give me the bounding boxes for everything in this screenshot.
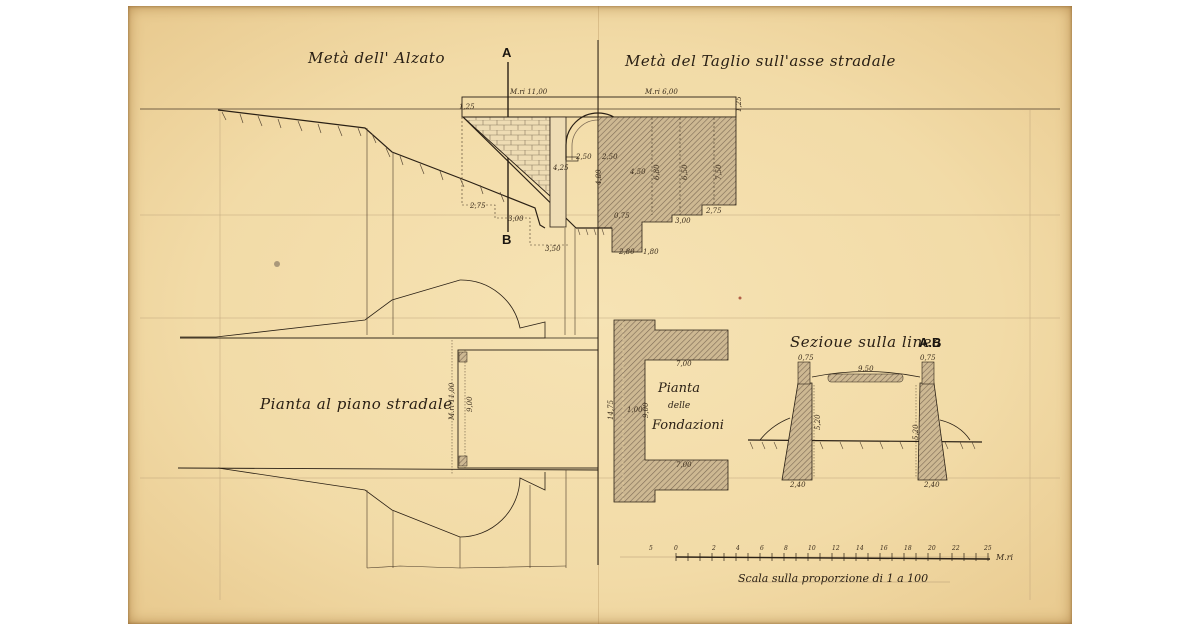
section-marker-a: A <box>502 45 511 60</box>
dim-plan-outer: M.ri 11,00 <box>448 383 456 420</box>
title-scale: Scala sulla proporzione di 1 a 100 <box>738 572 928 585</box>
technical-drawing <box>0 0 1200 628</box>
dim-step-left-3: 3,50 <box>545 245 561 253</box>
dim-found-side: 14,75 <box>607 400 615 420</box>
title-foundation-plan-2: delle <box>668 401 690 411</box>
scale-tick: 18 <box>904 545 912 552</box>
scale-tick: 14 <box>856 545 864 552</box>
dim-step-left-2: 3,00 <box>508 215 524 223</box>
scale-tick: 4 <box>736 545 740 552</box>
dim-elevation-width: M.ri 11,00 <box>510 88 547 96</box>
dim-arch-right: 2,50 <box>602 153 618 161</box>
dim-found-top: 7,00 <box>676 360 692 368</box>
scale-tick: 10 <box>808 545 816 552</box>
dim-step-right-1: 2,75 <box>706 207 722 215</box>
title-elevation-half: Metà dell' Alzato <box>308 49 445 67</box>
scale-tick: 6 <box>760 545 764 552</box>
dim-center-height: 4,80 <box>595 169 603 185</box>
dim-pier-height: 4,25 <box>553 164 569 172</box>
scale-tick: 22 <box>952 545 960 552</box>
dim-plan-inner: 9,00 <box>466 396 474 412</box>
title-road-plan: Pianta al piano stradale <box>260 395 453 413</box>
dim-sec-right-cap: 0,75 <box>920 354 936 362</box>
section-marker-b: B <box>502 232 511 247</box>
dim-wall-3: 6,50 <box>681 164 689 180</box>
dim-sec-right-h: 5,20 <box>912 424 920 440</box>
dim-sec-left-h: 5,20 <box>814 414 822 430</box>
dim-base-center: 0,75 <box>614 212 630 220</box>
dim-wall-1: 4,50 <box>630 168 646 176</box>
title-foundation-plan-3: Fondazioni <box>652 418 724 433</box>
scale-tick: 5 <box>649 545 653 552</box>
dim-wall-4: 7,50 <box>715 164 723 180</box>
dim-left-height: 1,25 <box>459 103 475 111</box>
dim-found-bottom: 7,00 <box>676 461 692 469</box>
dim-right-height: 1,25 <box>735 96 743 112</box>
scale-tick: 20 <box>928 545 936 552</box>
dim-found-mid: 9,00 <box>642 402 650 418</box>
dim-foot-2: 1,80 <box>643 248 659 256</box>
dim-step-left-1: 2,75 <box>470 202 486 210</box>
dim-sec-left-base: 2,40 <box>790 481 806 489</box>
scale-tick: 16 <box>880 545 888 552</box>
dim-foot-1: 2,80 <box>619 248 635 256</box>
scale-unit: M.ri <box>996 553 1013 562</box>
dim-sec-right-base: 2,40 <box>924 481 940 489</box>
title-section-ref: A.B <box>919 335 941 350</box>
scale-tick: 0 <box>674 545 678 552</box>
dim-wall-2: 6,80 <box>653 164 661 180</box>
scale-tick: 2 <box>712 545 716 552</box>
title-cut-half: Metà del Taglio sull'asse stradale <box>625 52 896 70</box>
dim-cut-width: M.ri 6,00 <box>645 88 678 96</box>
dim-found-inner: 1,00 <box>627 406 643 414</box>
dim-sec-span: 9,50 <box>858 365 874 373</box>
dim-sec-left-cap: 0,75 <box>798 354 814 362</box>
dim-step-right-2: 3,00 <box>675 217 691 225</box>
scale-tick: 8 <box>784 545 788 552</box>
dim-arch-left: 2,50 <box>576 153 592 161</box>
scale-tick: 12 <box>832 545 840 552</box>
title-foundation-plan-1: Pianta <box>658 381 700 396</box>
scale-tick: 25 <box>984 545 992 552</box>
